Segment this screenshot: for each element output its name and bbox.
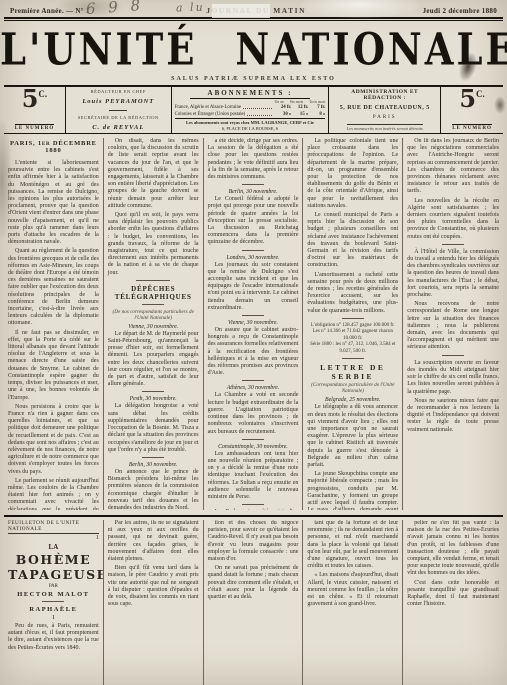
paragraph: Quoi qu'il en soit, le pays verra sans d… [108, 212, 199, 277]
section-separator [142, 304, 164, 305]
dispatch-dateline: Pesth, 30 novembre. [108, 396, 199, 402]
column-3: a été décidé, dirigé par ses ordres. La … [204, 138, 304, 510]
subscriptions-title: ABONNEMENTS : [190, 89, 311, 99]
section-separator [242, 315, 264, 316]
feuilleton-paragraph: Peu de rues, à Paris, remuaient autant d… [8, 623, 99, 652]
feuilleton-paragraph: tant que de la fortune et de leur renomm… [307, 520, 398, 570]
feuilleton-rubric: FEUILLETON DE L'UNITÉ NATIONALE [8, 520, 99, 534]
paragraph: La jeune Skoupchtina compte une majorité… [307, 471, 398, 510]
feuilleton-paragraph: On ne savait pas précisément de quand da… [208, 565, 299, 601]
paragraph: Le parlement se réunit aujourd'hui même.… [8, 478, 99, 510]
masthead-title: L'UNITÉ NATIONALE [0, 23, 507, 75]
section-separator [242, 184, 264, 185]
lottery-line: Série 1880 : les n° 47, 312, 1.046, 3.58… [307, 342, 398, 355]
editor-name: Louis PEYRAMONT [82, 98, 154, 105]
issue-number: Première Année. — N° 1 [10, 7, 90, 15]
price-unit: C. [38, 89, 47, 99]
rate-label: France, Algérie et Alsace-Lorraine [175, 105, 241, 110]
subscriptions-column-headers: Un an Six mois Trois mois [175, 100, 326, 104]
feuilleton-section: FEUILLETON DE L'UNITÉ NATIONALE 1 LA BOH… [4, 520, 503, 685]
price-caption: LE NUMÉRO [452, 124, 492, 131]
column-1: PARIS, 1er DÉCEMBRE 1880 L'entente si la… [4, 138, 104, 510]
divider [109, 110, 127, 111]
paragraph: La souscription ouverte en faveur des in… [407, 360, 499, 396]
paragraph: Le conseil municipal de Paris a repris h… [307, 212, 398, 270]
section-separator [242, 504, 264, 505]
secretary-role: SECRÉTAIRE DE LA RÉDACTION [78, 115, 159, 120]
agents-address: 6, PLACE DE LA BOURSE, 6 [222, 126, 278, 131]
chapter-title: RAPHAËLE [8, 606, 99, 613]
redaction-box: RÉDACTEUR EN CHEF Louis PEYRAMONT SECRÉT… [66, 87, 172, 133]
paragraph: a été décidé, dirigé par ses ordres. La … [208, 138, 299, 181]
rate-value: 8 » [308, 112, 325, 117]
header-info-bar: 5C. LE NUMÉRO RÉDACTEUR EN CHEF Louis PE… [4, 85, 503, 134]
serbia-letter-subtitle: (Correspondance particulière de l'Unité … [307, 382, 398, 394]
motto: SALUS PATRIÆ SUPREMA LEX ESTO [0, 76, 507, 82]
dispatch-text: La délégation hongroise a voté sans déba… [108, 403, 199, 453]
section-separator [142, 457, 164, 458]
paragraph: L'entente si laborieusement poursuivie e… [8, 160, 99, 246]
dispatches-title: DÉPÊCHES TÉLÉGRAPHIQUES [108, 285, 199, 301]
dispatch-text: On annonce que le prince de Bismarck pré… [108, 469, 199, 510]
dispatch-text: On assure que le cabinet austro-hongrois… [208, 327, 299, 377]
newspaper-page: Première Année. — N° 1 JOURNAL DU MATIN … [0, 0, 507, 685]
col-header: Six mois [290, 100, 303, 104]
paragraph: Le télégraphe a dû vous annoncer en deux… [307, 404, 398, 469]
section-separator [442, 244, 464, 245]
rate-label: Colonies et Étranger (Union postale) [175, 112, 246, 117]
feuilleton-paragraph: tion et des choses du négoce parisien, p… [208, 520, 299, 563]
paragraph: Nous ne saurions mieux faire que de reco… [407, 398, 499, 434]
paragraph: Il ne faut pas se dissimuler, en effet, … [8, 330, 99, 402]
dispatch-dateline: Berlin, 30 novembre. [208, 189, 299, 195]
chapter-number: I [8, 615, 99, 621]
section-separator [136, 280, 170, 281]
administration-box: ADMINISTRATION ET RÉDACTION : 5, RUE DE … [329, 87, 441, 133]
paragraph: Le Parlement a été saisi d'un projet rég… [208, 509, 299, 510]
price-box-right: 5C. LE NUMÉRO [441, 87, 503, 133]
rate-value: 7 fr. [308, 105, 325, 110]
dispatch-dateline: Vienne, 30 novembre. [208, 320, 299, 326]
rate-row: Colonies et Étranger (Union postale) 30 … [175, 112, 326, 117]
dispatches-subtitle: (De nos correspondants particuliers de l… [108, 309, 199, 321]
dispatch-text: Le départ de M. de Haymerlé pour Saint-P… [108, 331, 199, 389]
paragraph: Les nouvelles de la récolte en Algérie s… [407, 198, 499, 241]
leader-dots [243, 108, 272, 109]
feuilleton-column-4: tant que de la fortune et de leur renomm… [303, 520, 403, 685]
secretary-name: C. de REYVAL [92, 124, 144, 131]
agents-note: Les abonnements sont reçus chez MM. LAGR… [175, 118, 326, 125]
column-5: On lit dans les journaux de Berlin que l… [403, 138, 503, 510]
feuilleton-column-5: pelier ne s'en fût pas vanté : la maison… [403, 520, 503, 685]
manuscripts-note: Les manuscrits non insérés seront détrui… [347, 124, 423, 131]
lead-dateline: PARIS, 1er DÉCEMBRE 1880 [8, 140, 99, 154]
editor-role: RÉDACTEUR EN CHEF [91, 89, 146, 94]
section-separator [142, 391, 164, 392]
feuilleton-title: BOHÈME TAPAGEUSE [8, 552, 99, 582]
paragraph: La politique coloniale tient une place c… [307, 138, 398, 210]
column-2: On disait, dans les mêmes couloirs, que … [104, 138, 204, 510]
subscriptions-box: ABONNEMENTS : Un an Six mois Trois mois … [172, 87, 330, 133]
issue-date: Jeudi 2 décembre 1880 [423, 7, 497, 15]
paragraph: À l'Hôtel de Ville, la commission du tra… [407, 249, 499, 299]
lottery-line: Les n° 14.366 et 71.042 gagnent chacun 1… [307, 329, 398, 342]
feuilleton-title-article: LA [8, 543, 99, 551]
feuilleton-column-2: Par les autres, ils ne se signalaient ni… [104, 520, 204, 685]
rate-value: 24 fr. [274, 105, 291, 110]
feuilleton-number: 1 [8, 535, 99, 541]
col-header: Trois mois [309, 100, 325, 104]
feuilleton-column-1: FEUILLETON DE L'UNITÉ NATIONALE 1 LA BOH… [4, 520, 104, 685]
serbia-letter-title: LETTRE DE SERBIE [307, 363, 398, 381]
paragraph: Nous persistons à croire que la France n… [8, 404, 99, 476]
section-separator [442, 355, 464, 356]
feuilleton-byline-par: PAR [8, 584, 99, 589]
paragraph: On lit dans les journaux de Berlin que l… [407, 138, 499, 196]
dispatch-text: La Chambre a voté en seconde lecture le … [208, 392, 299, 435]
section-separator [42, 601, 64, 602]
feuilleton-rule [4, 515, 503, 517]
column-4: La politique coloniale tient une place c… [303, 138, 403, 510]
dispatch-dateline: Berlin, 30 novembre. [108, 462, 199, 468]
price-value: 5 [22, 84, 39, 113]
dispatch-text: Le Conseil fédéral a adopté le projet qu… [208, 196, 299, 246]
leader-dots [247, 115, 272, 116]
dispatch-dateline: Vienne, 30 novembre. [108, 324, 199, 330]
feuilleton-column-3: tion et des choses du négoce parisien, p… [204, 520, 304, 685]
article-columns: PARIS, 1er DÉCEMBRE 1880 L'entente si la… [4, 138, 503, 510]
dispatch-text: Les journaux du soir constatent que la r… [208, 262, 299, 312]
administration-city: PARIS [373, 115, 397, 120]
section-separator [342, 358, 364, 359]
feuilleton-paragraph: pelier ne s'en fût pas vanté : la maison… [407, 520, 499, 578]
dispatch-text: Les ambassadeurs ont tenu hier une nouve… [208, 451, 299, 501]
section-separator [242, 439, 264, 440]
feuilleton-paragraph: « Les maisons d'aujourd'hui, disait Alla… [307, 572, 398, 608]
dispatch-dateline: Constantinople, 30 novembre. [208, 444, 299, 450]
rate-value: 30 » [274, 112, 291, 117]
price-value: 5 [459, 84, 476, 113]
feuilleton-paragraph: Bien qu'il fût venu tard dans la maison,… [108, 565, 199, 608]
feuilleton-paragraph: C'est dans cette honorable et pesante tr… [407, 580, 499, 609]
rate-value: 15 » [291, 112, 308, 117]
dispatch-dateline: Athènes, 30 novembre. [208, 385, 299, 391]
paragraph: L'amortissement a racheté cette semaine … [307, 272, 398, 315]
serbia-letter-dateline: Belgrade, 25 novembre. [307, 397, 398, 403]
paper-patch [212, 4, 270, 18]
price-caption: LE NUMÉRO [15, 124, 55, 131]
price-box-left: 5C. LE NUMÉRO [4, 87, 66, 133]
section-separator [342, 318, 364, 319]
paragraph: Nous recevons de notre correspondant de … [407, 301, 499, 351]
col-header: Un an [275, 100, 284, 104]
administration-address: 5, RUE DE CHATEAUDUN, 5 [340, 105, 430, 111]
section-separator [242, 250, 264, 251]
administration-title: ADMINISTRATION ET RÉDACTION : [332, 89, 437, 101]
paragraph: Quant au règlement de la question des fr… [8, 248, 99, 327]
handwritten-note: a lu [176, 1, 205, 15]
dispatch-dateline: Londres, 30 novembre. [208, 255, 299, 261]
paragraph: On disait, dans les mêmes couloirs, que … [108, 138, 199, 210]
rate-row: France, Algérie et Alsace-Lorraine 24 fr… [175, 105, 326, 110]
feuilleton-author: HECTOR MALOT [8, 591, 99, 598]
feuilleton-paragraph: Par les autres, ils ne se signalaient ni… [108, 520, 199, 563]
price-unit: C. [476, 89, 485, 99]
rate-value: 12 fr. [291, 105, 308, 110]
section-separator [242, 380, 264, 381]
